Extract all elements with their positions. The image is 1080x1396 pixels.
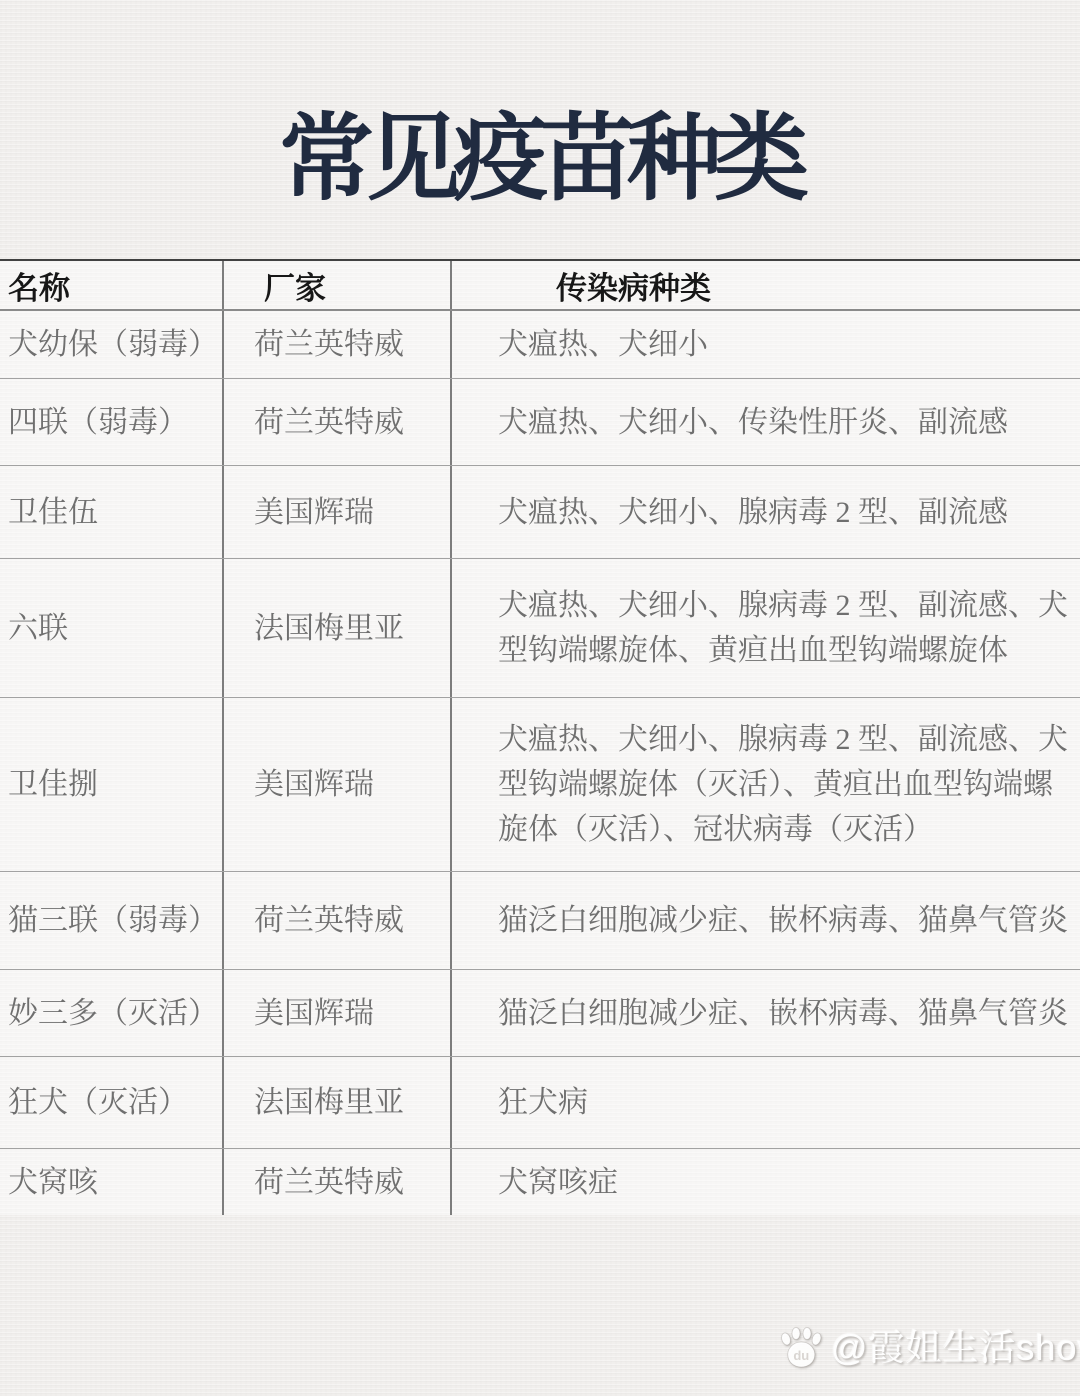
table-row: 卫佳伍 美国辉瑞 犬瘟热、犬细小、腺病毒 2 型、副流感 bbox=[0, 465, 1080, 558]
table-row: 六联 法国梅里亚 犬瘟热、犬细小、腺病毒 2 型、副流感、犬型钩端螺旋体、黄疸出… bbox=[0, 558, 1080, 697]
cell-diseases: 犬瘟热、犬细小、腺病毒 2 型、副流感、犬型钩端螺旋体、黄疸出血型钩端螺旋体 bbox=[450, 559, 1080, 697]
vaccine-table: 名称 厂家 传染病种类 犬幼保（弱毒） 荷兰英特威 犬瘟热、犬细小 四联（弱毒）… bbox=[0, 259, 1080, 1215]
cell-manufacturer: 美国辉瑞 bbox=[222, 466, 450, 558]
cell-manufacturer: 荷兰英特威 bbox=[222, 379, 450, 465]
cell-manufacturer: 美国辉瑞 bbox=[222, 970, 450, 1056]
cell-diseases: 犬瘟热、犬细小 bbox=[450, 311, 1080, 378]
cell-name: 妙三多（灭活） bbox=[0, 970, 222, 1056]
cell-manufacturer: 美国辉瑞 bbox=[222, 698, 450, 871]
cell-name: 四联（弱毒） bbox=[0, 379, 222, 465]
cell-diseases: 犬瘟热、犬细小、腺病毒 2 型、副流感 bbox=[450, 466, 1080, 558]
cell-diseases: 狂犬病 bbox=[450, 1057, 1080, 1148]
cell-diseases: 犬瘟热、犬细小、腺病毒 2 型、副流感、犬型钩端螺旋体（灭活）、黄疸出血型钩端螺… bbox=[450, 698, 1080, 871]
table-row: 四联（弱毒） 荷兰英特威 犬瘟热、犬细小、传染性肝炎、副流感 bbox=[0, 378, 1080, 465]
table-row: 猫三联（弱毒） 荷兰英特威 猫泛白细胞减少症、嵌杯病毒、猫鼻气管炎 bbox=[0, 871, 1080, 969]
cell-manufacturer: 法国梅里亚 bbox=[222, 1057, 450, 1148]
cell-diseases: 犬瘟热、犬细小、传染性肝炎、副流感 bbox=[450, 379, 1080, 465]
infographic-page: 常见疫苗种类 名称 厂家 传染病种类 犬幼保（弱毒） 荷兰英特威 犬瘟热、犬细小… bbox=[0, 0, 1080, 1396]
watermark-handle: @霞姐生活show bbox=[831, 1324, 1080, 1372]
cell-name: 卫佳捌 bbox=[0, 698, 222, 871]
table-row: 犬幼保（弱毒） 荷兰英特威 犬瘟热、犬细小 bbox=[0, 311, 1080, 378]
table-row: 妙三多（灭活） 美国辉瑞 猫泛白细胞减少症、嵌杯病毒、猫鼻气管炎 bbox=[0, 969, 1080, 1056]
table-row: 卫佳捌 美国辉瑞 犬瘟热、犬细小、腺病毒 2 型、副流感、犬型钩端螺旋体（灭活）… bbox=[0, 697, 1080, 871]
column-header-diseases: 传染病种类 bbox=[450, 261, 1080, 309]
table-row: 犬窝咳 荷兰英特威 犬窝咳症 bbox=[0, 1148, 1080, 1215]
cell-name: 狂犬（灭活） bbox=[0, 1057, 222, 1148]
table-row: 狂犬（灭活） 法国梅里亚 狂犬病 bbox=[0, 1056, 1080, 1148]
cell-name: 卫佳伍 bbox=[0, 466, 222, 558]
cell-diseases: 猫泛白细胞减少症、嵌杯病毒、猫鼻气管炎 bbox=[450, 970, 1080, 1056]
cell-diseases: 猫泛白细胞减少症、嵌杯病毒、猫鼻气管炎 bbox=[450, 872, 1080, 969]
cell-name: 犬窝咳 bbox=[0, 1149, 222, 1215]
cell-manufacturer: 荷兰英特威 bbox=[222, 872, 450, 969]
page-title: 常见疫苗种类 bbox=[0, 112, 1080, 207]
cell-name: 犬幼保（弱毒） bbox=[0, 311, 222, 378]
table-header-row: 名称 厂家 传染病种类 bbox=[0, 259, 1080, 311]
cell-manufacturer: 荷兰英特威 bbox=[222, 1149, 450, 1215]
cell-diseases: 犬窝咳症 bbox=[450, 1149, 1080, 1215]
paw-du-label: du bbox=[793, 1348, 809, 1363]
cell-manufacturer: 荷兰英特威 bbox=[222, 311, 450, 378]
cell-name: 六联 bbox=[0, 559, 222, 697]
cell-name: 猫三联（弱毒） bbox=[0, 872, 222, 969]
cell-manufacturer: 法国梅里亚 bbox=[222, 559, 450, 697]
baidu-paw-icon: du bbox=[778, 1326, 824, 1370]
column-header-manufacturer: 厂家 bbox=[222, 261, 450, 309]
column-header-name: 名称 bbox=[0, 261, 222, 309]
watermark: du @霞姐生活show bbox=[778, 1324, 1080, 1372]
